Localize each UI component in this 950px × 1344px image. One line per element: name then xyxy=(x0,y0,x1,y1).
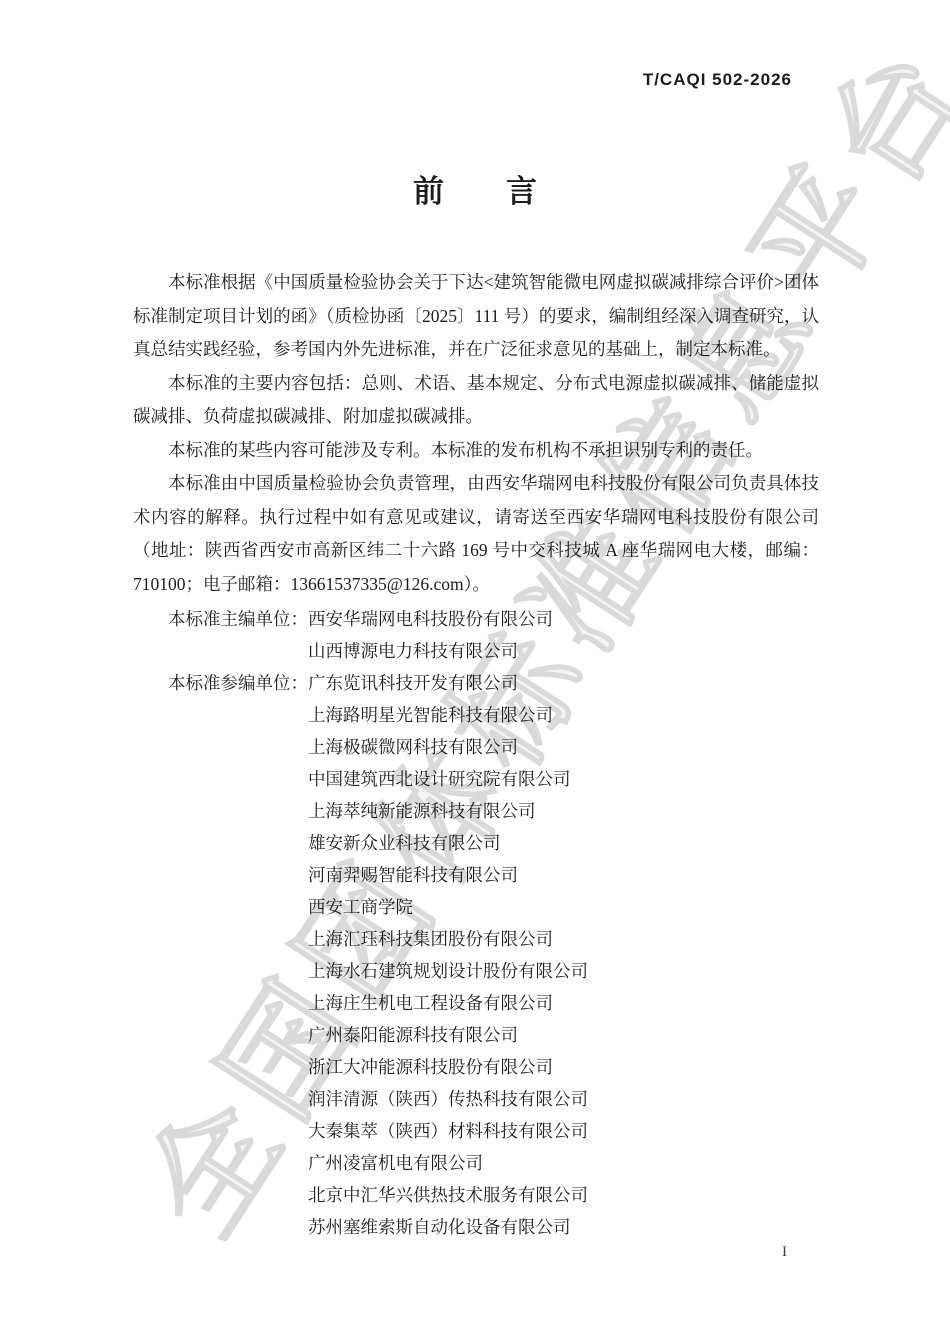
participating-editor-units: 广东览讯科技开发有限公司 上海路明星光智能科技有限公司 上海极碳微网科技有限公司… xyxy=(308,667,819,1243)
paragraph: 本标准由中国质量检验协会负责管理，由西安华瑞网电科技股份有限公司负责具体技术内容… xyxy=(133,467,819,601)
unit-name: 上海萃纯新能源科技有限公司 xyxy=(308,795,819,827)
unit-name: 上海汇珏科技集团股份有限公司 xyxy=(308,923,819,955)
foreword-content: 本标准根据《中国质量检验协会关于下达<建筑智能微电网虚拟碳减排综合评价>团体标准… xyxy=(133,266,819,1243)
unit-name: 浙江大冲能源科技股份有限公司 xyxy=(308,1051,819,1083)
unit-name: 河南羿赐智能科技有限公司 xyxy=(308,859,819,891)
chief-editor-units: 西安华瑞网电科技股份有限公司 山西博源电力科技有限公司 xyxy=(308,603,819,667)
page-title: 前 言 xyxy=(0,166,950,211)
unit-name: 上海路明星光智能科技有限公司 xyxy=(308,699,819,731)
document-page: 全国团体标准信息平台 T/CAQI 502-2026 前 言 本标准根据《中国质… xyxy=(0,0,950,1344)
unit-name: 北京中汇华兴供热技术服务有限公司 xyxy=(308,1179,819,1211)
unit-name: 上海庄生机电工程设备有限公司 xyxy=(308,987,819,1019)
unit-name: 西安工商学院 xyxy=(308,891,819,923)
unit-name: 上海水石建筑规划设计股份有限公司 xyxy=(308,955,819,987)
editor-units-section: 本标准主编单位： 西安华瑞网电科技股份有限公司 山西博源电力科技有限公司 本标准… xyxy=(133,603,819,1243)
paragraph: 本标准的主要内容包括：总则、术语、基本规定、分布式电源虚拟碳减排、储能虚拟碳减排… xyxy=(133,367,819,434)
unit-name: 广州凌富机电有限公司 xyxy=(308,1147,819,1179)
unit-name: 上海极碳微网科技有限公司 xyxy=(308,731,819,763)
unit-name: 广东览讯科技开发有限公司 xyxy=(308,667,819,699)
participating-editor-block: 本标准参编单位： 广东览讯科技开发有限公司 上海路明星光智能科技有限公司 上海极… xyxy=(133,667,819,1243)
unit-name: 润沣清源（陕西）传热科技有限公司 xyxy=(308,1083,819,1115)
chief-editor-label: 本标准主编单位： xyxy=(168,603,308,635)
paragraph: 本标准根据《中国质量检验协会关于下达<建筑智能微电网虚拟碳减排综合评价>团体标准… xyxy=(133,266,819,367)
unit-name: 中国建筑西北设计研究院有限公司 xyxy=(308,763,819,795)
page-number: I xyxy=(782,1244,787,1261)
foreword-paragraphs: 本标准根据《中国质量检验协会关于下达<建筑智能微电网虚拟碳减排综合评价>团体标准… xyxy=(133,266,819,601)
unit-name: 雄安新众业科技有限公司 xyxy=(308,827,819,859)
participating-editor-label: 本标准参编单位： xyxy=(168,667,308,699)
standard-code: T/CAQI 502-2026 xyxy=(643,70,792,90)
unit-name: 山西博源电力科技有限公司 xyxy=(308,635,819,667)
chief-editor-block: 本标准主编单位： 西安华瑞网电科技股份有限公司 山西博源电力科技有限公司 xyxy=(133,603,819,667)
unit-name: 西安华瑞网电科技股份有限公司 xyxy=(308,603,819,635)
unit-name: 大秦集萃（陕西）材料科技有限公司 xyxy=(308,1115,819,1147)
unit-name: 苏州塞维索斯自动化设备有限公司 xyxy=(308,1211,819,1243)
unit-name: 广州泰阳能源科技有限公司 xyxy=(308,1019,819,1051)
paragraph: 本标准的某些内容可能涉及专利。本标准的发布机构不承担识别专利的责任。 xyxy=(133,434,819,468)
